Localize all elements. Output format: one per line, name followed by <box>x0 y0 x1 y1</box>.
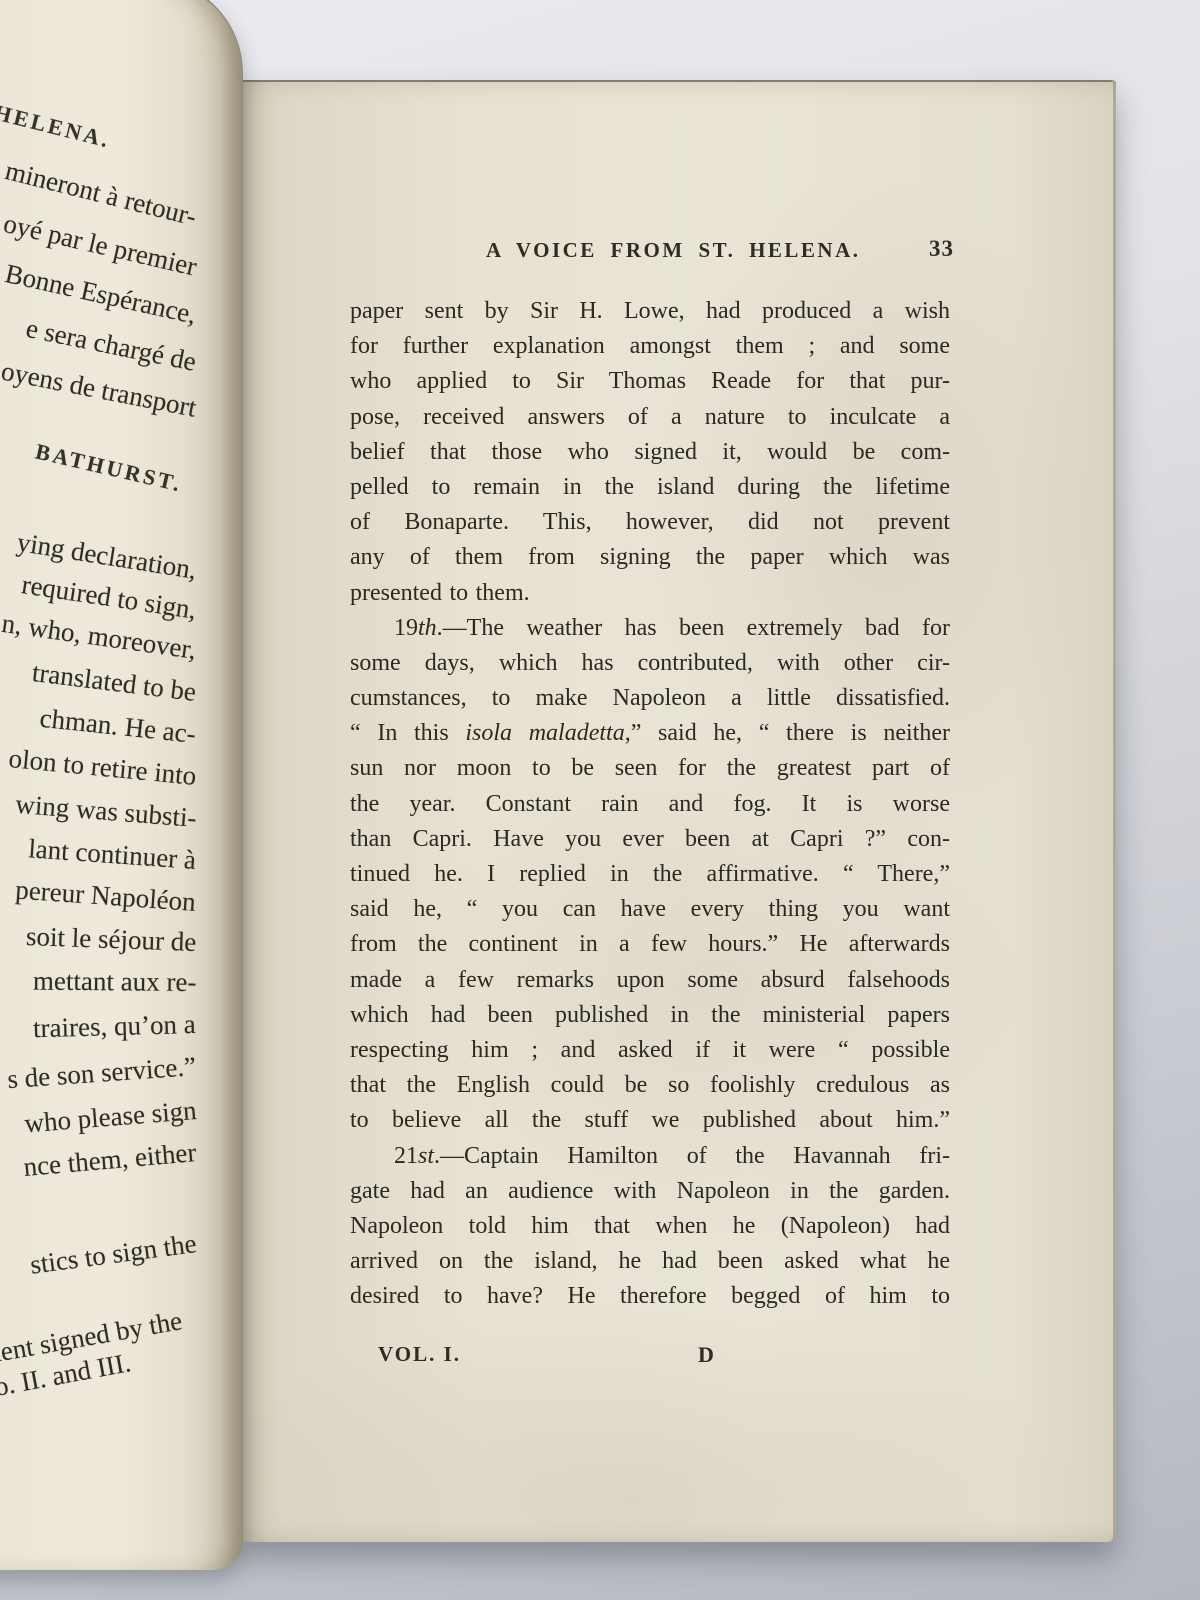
paragraph: 19th.—The weather has been extremely bad… <box>350 611 950 1139</box>
left-page-text-line: wing was substi- <box>14 789 197 834</box>
text-line: pose, received answers of a nature to in… <box>350 400 950 435</box>
left-page-text-line: translated to be <box>30 657 198 708</box>
text-line: paper sent by Sir H. Lowe, had produced … <box>350 294 950 329</box>
text-line: presented to them. <box>350 576 950 611</box>
left-page: HELENA.mineront à retour-oyé par le prem… <box>0 0 243 1570</box>
left-page-text-line: soit le séjour de <box>25 921 196 958</box>
text-line: than Capri. Have you ever been at Capri … <box>350 822 950 857</box>
text-line: for further explanation amongst them ; a… <box>350 329 950 364</box>
text-line: 21st.—Captain Hamilton of the Havannah f… <box>350 1139 950 1174</box>
text-line: to believe all the stuff we published ab… <box>350 1103 950 1138</box>
paragraph: paper sent by Sir H. Lowe, had produced … <box>350 294 950 611</box>
text-line: made a few remarks upon some absurd fals… <box>350 963 950 998</box>
paragraph: 21st.—Captain Hamilton of the Havannah f… <box>350 1139 950 1315</box>
text-line: tinued he. I replied in the affirmative.… <box>350 857 950 892</box>
text-line: desired to have? He therefore begged of … <box>350 1279 950 1314</box>
left-running-title-fragment: HELENA. <box>0 99 113 153</box>
text-line: said he, “ you can have every thing you … <box>350 892 950 927</box>
left-page-text-line: nce them, either <box>22 1137 197 1183</box>
text-line: arrived on the island, he had been asked… <box>350 1244 950 1279</box>
text-line: any of them from signing the paper which… <box>350 540 950 575</box>
left-page-text-line: mettant aux re- <box>32 966 196 998</box>
text-line: who applied to Sir Thomas Reade for that… <box>350 364 950 399</box>
volume-label: VOL. I. <box>378 1342 461 1367</box>
text-line: from the continent in a few hours.” He a… <box>350 927 950 962</box>
page-number: 33 <box>929 236 954 262</box>
left-page-text-line: s de son service.” <box>6 1051 197 1095</box>
text-line: of Bonaparte. This, however, did not pre… <box>350 505 950 540</box>
book-photo: { "colors":{ "backdrop_top":"#ebebf1","b… <box>0 0 1200 1600</box>
text-line: sun nor moon to be seen for the greatest… <box>350 751 950 786</box>
left-page-text-line: BATHURST. <box>33 439 185 498</box>
left-page-text-line: traires, qu’on a <box>33 1009 196 1044</box>
text-line: that the English could be so foolishly c… <box>350 1068 950 1103</box>
page-footer: VOL. I. D <box>350 1342 950 1372</box>
text-line: “ In this isola maladetta,” said he, “ t… <box>350 716 950 751</box>
text-line: belief that those who signed it, would b… <box>350 435 950 470</box>
text-line: some days, which has contributed, with o… <box>350 646 950 681</box>
text-line: 19th.—The weather has been extremely bad… <box>350 611 950 646</box>
text-line: Napoleon told him that when he (Napoleon… <box>350 1209 950 1244</box>
left-page-text-line: stics to sign the <box>28 1228 198 1281</box>
text-line: respecting him ; and asked if it were “ … <box>350 1033 950 1068</box>
running-head: A VOICE FROM ST. HELENA. 33 <box>350 238 950 270</box>
left-page-text-line: olon to retire into <box>7 743 197 792</box>
left-page-text-line: who please sign <box>23 1095 197 1139</box>
text-line: which had been published in the minister… <box>350 998 950 1033</box>
left-page-text-line: pereur Napoléon <box>15 874 197 918</box>
text-line: gate had an audience with Napoleon in th… <box>350 1174 950 1209</box>
right-page: A VOICE FROM ST. HELENA. 33 paper sent b… <box>236 80 1116 1542</box>
signature-mark: D <box>698 1342 714 1368</box>
running-title: A VOICE FROM ST. HELENA. <box>486 238 861 263</box>
text-line: the year. Constant rain and fog. It is w… <box>350 787 950 822</box>
text-line: cumstances, to make Napoleon a little di… <box>350 681 950 716</box>
left-page-text-line: chman. He ac- <box>39 703 198 750</box>
body-text: paper sent by Sir H. Lowe, had produced … <box>350 294 950 1314</box>
left-page-text-line: lant continuer à <box>27 833 197 876</box>
text-line: pelled to remain in the island during th… <box>350 470 950 505</box>
right-page-text-block: A VOICE FROM ST. HELENA. 33 paper sent b… <box>350 238 950 1372</box>
